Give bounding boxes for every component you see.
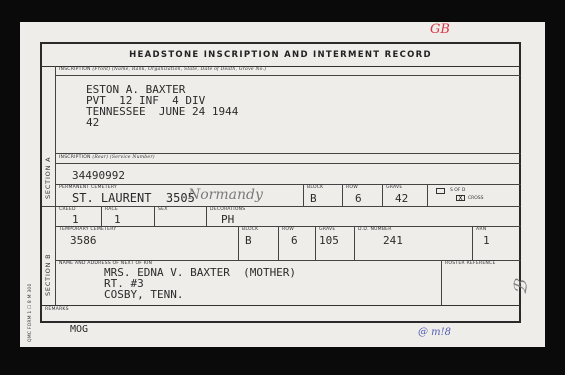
permanent-row-cell: ROW 6 <box>343 184 382 206</box>
temp-cemetery-cell: TEMPORARY CEMETERY 3586 <box>56 226 238 260</box>
dd-number-value: 241 <box>383 234 403 247</box>
form-number: QMC FORM 1 ☐ 8 M 300 <box>28 283 33 342</box>
sod-checkbox <box>436 188 445 194</box>
inscription-line-3: TENNESSEE JUNE 24 1944 <box>86 106 238 117</box>
decorations-cell: DECORATIONS PH <box>207 206 521 226</box>
arn-label: ARN <box>476 227 486 232</box>
permanent-block-cell: BLOCK B <box>304 184 342 206</box>
creed-label: CREED <box>59 207 76 212</box>
form-frame: HEADSTONE INSCRIPTION AND INTERMENT RECO… <box>40 42 521 323</box>
temp-cemetery-label: TEMPORARY CEMETERY <box>59 227 116 232</box>
permanent-block-label: BLOCK <box>307 185 323 190</box>
creed-cell: CREED 1 <box>56 206 101 226</box>
temp-row-value: 6 <box>291 234 298 247</box>
temp-block-value: B <box>245 234 252 247</box>
permanent-cemetery-cell: PERMANENT CEMETERY ST. LAURENT 3505 Norm… <box>56 184 303 206</box>
race-label: RACE <box>105 207 118 212</box>
next-of-kin-line-3: COSBY, TENN. <box>104 289 183 300</box>
sod-label: S OF D <box>450 188 465 193</box>
temp-grave-cell: GRAVE 105 <box>316 226 354 260</box>
handwritten-normandy: Normandy <box>188 187 263 203</box>
cross-checkbox: X <box>456 195 465 201</box>
handwritten-note-blue: @ m!8 <box>418 327 451 338</box>
form-title: HEADSTONE INSCRIPTION AND INTERMENT RECO… <box>42 44 519 67</box>
inscription-front-label: INSCRIPTION (Front) (Name, Rank, Organiz… <box>59 67 266 72</box>
inscription-rear-label: INSCRIPTION (Rear) (Service Number) <box>59 155 155 160</box>
race-value: 1 <box>114 213 121 226</box>
permanent-block-value: B <box>310 192 317 205</box>
record-card: GB HEADSTONE INSCRIPTION AND INTERMENT R… <box>20 22 545 347</box>
arn-value: 1 <box>483 234 490 247</box>
roster-reference-cell: ROSTER REFERENCE <box>442 260 521 305</box>
next-of-kin-cell: NAME AND ADDRESS OF NEXT OF KIN MRS. EDN… <box>56 260 441 305</box>
permanent-row-label: ROW <box>346 185 358 190</box>
inscription-line-4: 42 <box>86 117 99 128</box>
sex-label: SEX <box>158 207 168 212</box>
marker-type-cell: S OF D X CROSS <box>428 184 521 206</box>
service-number: 34490992 <box>72 169 125 182</box>
arn-cell: ARN 1 <box>473 226 521 260</box>
sex-cell: SEX <box>155 206 206 226</box>
permanent-grave-cell: GRAVE 42 <box>383 184 427 206</box>
inscription-front-header: INSCRIPTION (Front) (Name, Rank, Organiz… <box>56 66 521 76</box>
permanent-grave-value: 42 <box>395 192 408 205</box>
permanent-row-value: 6 <box>355 192 362 205</box>
temp-block-label: BLOCK <box>242 227 258 232</box>
section-a-label: SECTION A <box>44 157 52 199</box>
handwritten-initials-red: GB <box>430 22 450 37</box>
creed-value: 1 <box>72 213 79 226</box>
temp-block-cell: BLOCK B <box>239 226 278 260</box>
dd-number-cell: D.D. NUMBER 241 <box>355 226 472 260</box>
decorations-label: DECORATIONS <box>210 207 245 212</box>
section-b-label: SECTION B <box>44 254 52 296</box>
permanent-cemetery-label: PERMANENT CEMETERY <box>59 185 117 190</box>
temp-grave-value: 105 <box>319 234 339 247</box>
decorations-value: PH <box>221 213 234 226</box>
temp-row-cell: ROW 6 <box>279 226 315 260</box>
bottom-initials: MOG <box>70 324 88 335</box>
remarks-cell: REMARKS <box>42 306 521 323</box>
temp-grave-label: GRAVE <box>319 227 335 232</box>
temp-cemetery-value: 3586 <box>70 234 97 247</box>
roster-reference-label: ROSTER REFERENCE <box>445 261 496 266</box>
inscription-front-field: ESTON A. BAXTER PVT 12 INF 4 DIV TENNESS… <box>56 77 521 153</box>
permanent-grave-label: GRAVE <box>386 185 402 190</box>
remarks-label: REMARKS <box>45 307 69 312</box>
race-cell: RACE 1 <box>102 206 154 226</box>
temp-row-label: ROW <box>282 227 294 232</box>
inscription-rear-header: INSCRIPTION (Rear) (Service Number) <box>56 154 521 164</box>
permanent-cemetery-value: ST. LAURENT 3505 <box>72 191 195 205</box>
cross-label: CROSS <box>468 196 484 201</box>
dd-number-label: D.D. NUMBER <box>358 227 392 232</box>
